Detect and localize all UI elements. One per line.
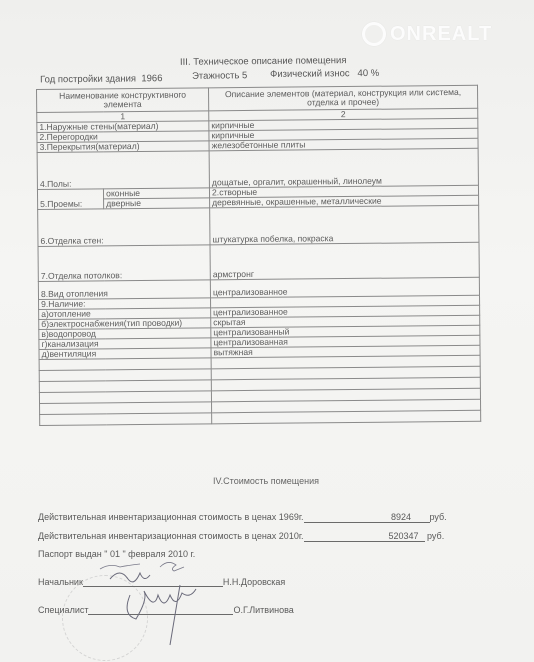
cost-2010-amount: 520347 (388, 531, 418, 541)
row-name: 8.Вид отопления (38, 280, 210, 300)
house-icon (362, 22, 386, 46)
chief-label: Начальник (38, 577, 83, 587)
specialist-label: Специалист (38, 605, 88, 615)
wear-label: Физический износ (270, 68, 350, 80)
row-name: 4.Полы: (37, 151, 209, 190)
cost-1969-value: 8924 (304, 512, 430, 523)
floors-value: 5 (242, 70, 247, 81)
year-label: Год постройки здания (40, 73, 136, 85)
row-value: штукатурка побелка, покраска (210, 205, 479, 245)
cost-2010: Действительная инвентаризационная стоимо… (38, 531, 444, 542)
watermark: ONREALT (362, 22, 492, 46)
column-header-description: Описание элементов (материал, конструкци… (208, 85, 477, 111)
cost-2010-label: Действительная инвентаризационная стоимо… (38, 531, 304, 541)
cost-section-title: IV.Стоимость помещения (213, 476, 319, 486)
table-row: 4.Полы:дощатые, оргалит, окрашенный, лин… (37, 148, 478, 189)
watermark-text: ONREALT (390, 23, 492, 46)
cost-1969-label: Действительная инвентаризационная стоимо… (38, 512, 304, 522)
cost-1969-amount: 8924 (391, 512, 411, 522)
handwritten-signatures (90, 555, 260, 650)
row-name: 6.Отделка стен: (38, 208, 210, 247)
table-row: 7.Отделка потолков:армстронг (38, 242, 479, 281)
section-title: III. Техническое описание помещения (180, 55, 347, 68)
document-page: ONREALT III. Техническое описание помеще… (0, 0, 534, 662)
technical-description-table: Наименование конструктивного элемента Оп… (36, 85, 481, 426)
row-name: 7.Отделка потолков: (38, 245, 210, 282)
table-row: 6.Отделка стен:штукатурка побелка, покра… (38, 205, 479, 246)
floors-label: Этажность (192, 70, 239, 81)
column-header-element: Наименование конструктивного элемента (37, 88, 209, 113)
cost-2010-value: 520347 (304, 531, 425, 542)
currency: руб. (427, 531, 444, 541)
cost-1969: Действительная инвентаризационная стоимо… (38, 512, 447, 523)
year-value: 1966 (141, 73, 162, 84)
row-value: армстронг (210, 242, 479, 280)
row-name: 5.Проемы: (37, 189, 103, 210)
currency: руб. (430, 512, 447, 522)
row-value: дощатые, оргалит, окрашенный, линолеум (209, 148, 478, 188)
wear-value: 40 % (357, 68, 379, 79)
